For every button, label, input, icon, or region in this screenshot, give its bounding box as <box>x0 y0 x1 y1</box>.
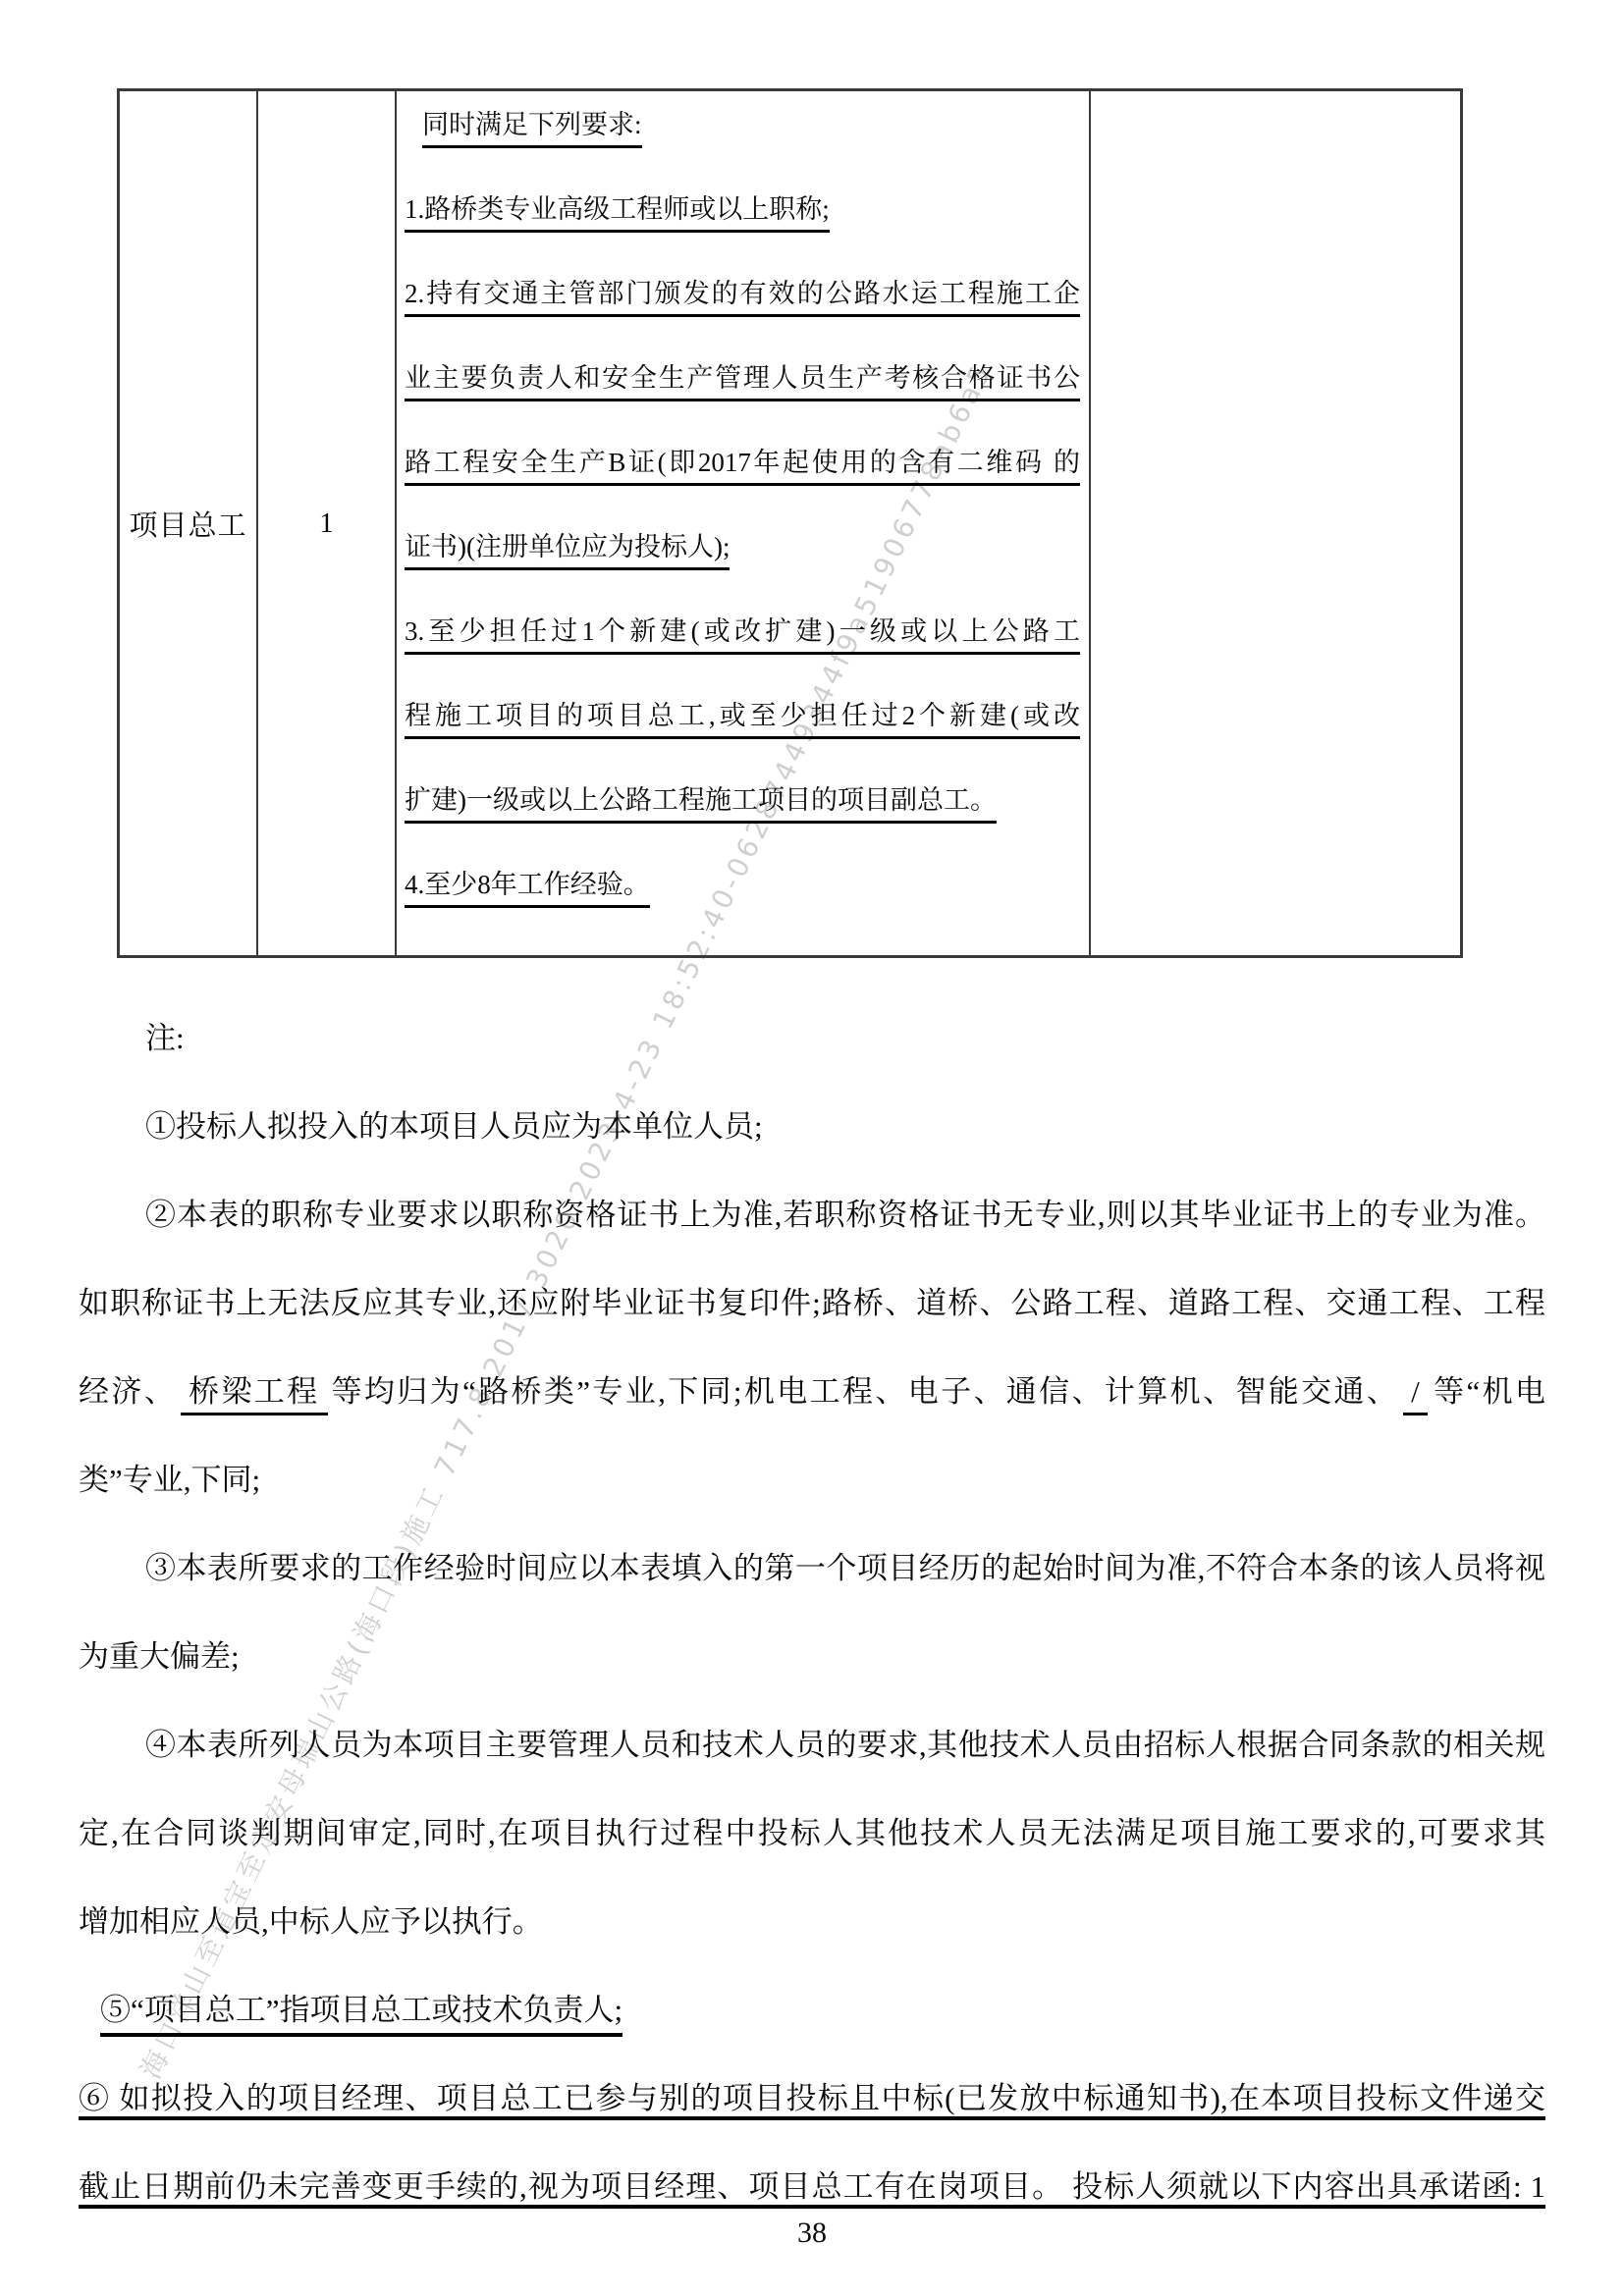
note-text: 经济、 <box>79 1374 177 1409</box>
requirement-line: 2.持有交通主管部门颁发的有效的公路水运工程施工企 <box>405 272 1080 317</box>
note-text: 如职称证书上无法反应其专业,还应附毕业证书复印件;路桥、道桥、公路工程、道路工程… <box>79 1286 1545 1320</box>
personnel-requirements-table: 项目总工 1 同时满足下列要求:1.路桥类专业高级工程师或以上职称;2.持有交通… <box>117 88 1463 958</box>
note-line: 截止日期前仍未完善变更手续的,视为项目经理、项目总工有在岗项目。 投标人须就以下… <box>79 2162 1545 2209</box>
underlined-term: / <box>1403 1374 1428 1415</box>
requirement-line-text: 证书)(注册单位应为投标人); <box>405 532 730 570</box>
notes-section: 注:①投标人拟投入的本项目人员应为本单位人员;②本表的职称专业要求以职称资格证书… <box>79 1013 1545 2250</box>
note-line: 定,在合同谈判期间审定,同时,在项目执行过程中投标人其他技术人员无法满足项目施工… <box>79 1808 1545 1855</box>
note-text: 截止日期前仍未完善变更手续的,视为项目经理、项目总工有在岗项目。 投标人须就以下… <box>79 2169 1545 2204</box>
note-text: 定,在合同谈判期间审定,同时,在项目执行过程中投标人其他技术人员无法满足项目施工… <box>79 1816 1545 1850</box>
requirement-line-text: 1.路桥类专业高级工程师或以上职称; <box>405 194 830 233</box>
requirement-line-text: 同时满足下列要求: <box>422 110 642 148</box>
quantity-value: 1 <box>319 507 334 540</box>
requirement-line: 同时满足下列要求: <box>405 103 1080 148</box>
requirement-line-text: 4.至少8年工作经验。 <box>405 870 650 908</box>
note-text: ①投标人拟投入的本项目人员应为本单位人员; <box>145 1109 763 1144</box>
position-cell: 项目总工 <box>120 91 258 955</box>
requirement-line: 1.路桥类专业高级工程师或以上职称; <box>405 187 1080 233</box>
note-line: ⑥ 如拟投入的项目经理、项目总工已参与别的项目投标且中标(已发放中标通知书),在… <box>79 2073 1545 2120</box>
requirement-line-text: 扩建)一级或以上公路工程施工项目的项目副总工。 <box>405 785 997 824</box>
note-line: 注: <box>79 1013 1545 1060</box>
note-text: ④本表所列人员为本项目主要管理人员和技术人员的要求,其他技术人员由招标人根据合同… <box>145 1728 1545 1762</box>
note-text: 等“机电 <box>1432 1374 1545 1409</box>
empty-cell <box>1091 91 1460 955</box>
requirement-line: 4.至少8年工作经验。 <box>405 863 1080 908</box>
requirement-line: 证书)(注册单位应为投标人); <box>405 525 1080 570</box>
note-text: ⑤“项目总工”指项目总工或技术负责人; <box>100 1993 623 2027</box>
note-text: ⑥ 如拟投入的项目经理、项目总工已参与别的项目投标且中标(已发放中标通知书),在… <box>79 2081 1545 2115</box>
note-line: ③本表所要求的工作经验时间应以本表填入的第一个项目经历的起始时间为准,不符合本条… <box>79 1543 1545 1590</box>
note-text: 注: <box>145 1021 185 1055</box>
note-line: ⑤“项目总工”指项目总工或技术负责人; <box>79 1985 1545 2032</box>
note-line: 为重大偏差; <box>79 1631 1545 1679</box>
note-text: ②本表的职称专业要求以职称资格证书上为准,若职称资格证书无专业,则以其毕业证书上… <box>145 1198 1545 1232</box>
requirement-line: 业主要负责人和安全生产管理人员生产考核合格证书公 <box>405 356 1080 401</box>
page-number: 38 <box>0 2216 1624 2250</box>
note-line: 经济、桥梁工程等均归为“路桥类”专业,下同;机电工程、电子、通信、计算机、智能交… <box>79 1366 1545 1414</box>
note-line: 增加相应人员,中标人应予以执行。 <box>79 1896 1545 1944</box>
note-text: 增加相应人员,中标人应予以执行。 <box>79 1904 543 1939</box>
note-line: 类”专业,下同; <box>79 1455 1545 1502</box>
requirement-line: 路工程安全生产B证(即2017年起使用的含有二维码 的 <box>405 441 1080 486</box>
note-text: 类”专业,下同; <box>79 1463 260 1497</box>
note-line: ②本表的职称专业要求以职称资格证书上为准,若职称资格证书无专业,则以其毕业证书上… <box>79 1190 1545 1237</box>
note-line: ④本表所列人员为本项目主要管理人员和技术人员的要求,其他技术人员由招标人根据合同… <box>79 1720 1545 1767</box>
underlined-note-text: ⑤“项目总工”指项目总工或技术负责人; <box>100 1993 623 2037</box>
note-text: 等均归为“路桥类”专业,下同;机电工程、电子、通信、计算机、智能交通、 <box>332 1374 1400 1409</box>
note-line: 如职称证书上无法反应其专业,还应附毕业证书复印件;路桥、道桥、公路工程、道路工程… <box>79 1278 1545 1325</box>
note-text: ③本表所要求的工作经验时间应以本表填入的第一个项目经历的起始时间为准,不符合本条… <box>145 1551 1545 1585</box>
requirement-line: 3.至少担任过1个新建(或改扩建)一级或以上公路工 <box>405 610 1080 655</box>
quantity-cell: 1 <box>258 91 397 955</box>
requirement-line: 程施工项目的项目总工,或至少担任过2个新建(或改 <box>405 694 1080 739</box>
requirement-line: 扩建)一级或以上公路工程施工项目的项目副总工。 <box>405 778 1080 824</box>
document-page: { "page": { "watermark": "海口洋山至道宝至定安母瑞山公… <box>0 0 1624 2296</box>
requirements-cell: 同时满足下列要求:1.路桥类专业高级工程师或以上职称;2.持有交通主管部门颁发的… <box>397 91 1091 955</box>
position-label: 项目总工 <box>129 504 246 544</box>
note-text: 为重大偏差; <box>79 1639 240 1674</box>
underlined-term: 桥梁工程 <box>181 1374 327 1415</box>
note-line: ①投标人拟投入的本项目人员应为本单位人员; <box>79 1101 1545 1148</box>
